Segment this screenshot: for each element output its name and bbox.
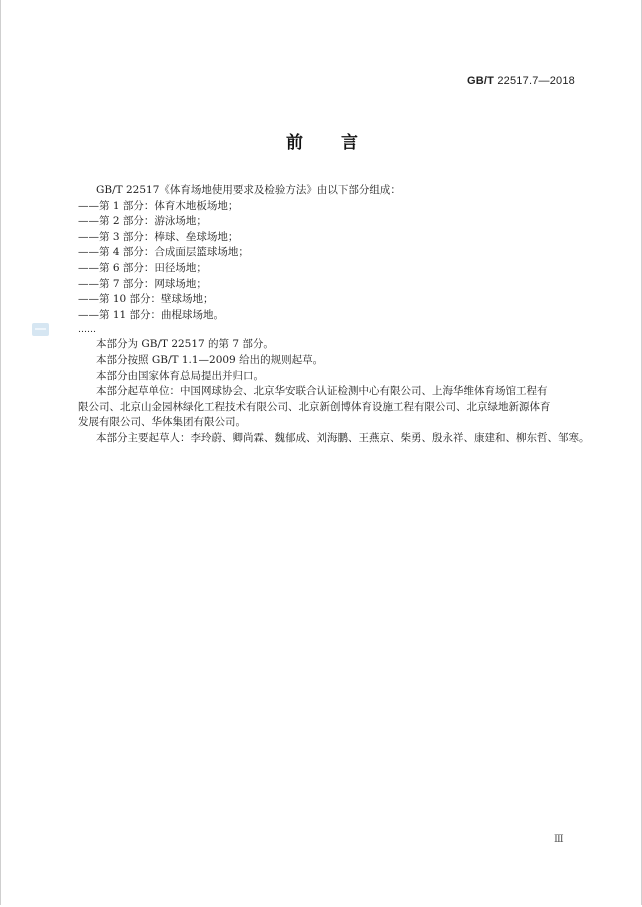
part-item: ——第 6 部分：田径场地； (78, 261, 586, 277)
page-title: 前言 (1, 128, 642, 153)
part-item: ——第 3 部分：棒球、垒球场地； (78, 230, 586, 246)
standard-number: 22517.7—2018 (497, 75, 575, 87)
drafting-units-line-2: 限公司、北京山金园林绿化工程技术有限公司、北京新创博体育设施工程有限公司、北京绿… (78, 400, 586, 416)
ellipsis: …… (78, 324, 586, 337)
drafting-units-line-1: 本部分起草单位：中国网球协会、北京华安联合认证检测中心有限公司、上海华维体育场馆… (96, 384, 586, 400)
paragraph-part-number: 本部分为 GB/T 22517 的第 7 部分。 (96, 337, 586, 353)
foreword-body: GB/T 22517《体育场地使用要求及检验方法》由以下部分组成： ——第 1 … (96, 183, 586, 447)
paragraph-drafting-rules: 本部分按照 GB/T 1.1—2009 给出的规则起草。 (96, 353, 586, 369)
part-item: ——第 4 部分：合成面层篮球场地； (78, 245, 586, 261)
page-number: Ⅲ (554, 834, 564, 845)
intro-line: GB/T 22517《体育场地使用要求及检验方法》由以下部分组成： (96, 183, 586, 199)
drafting-units-line-3: 发展有限公司、华体集团有限公司。 (78, 415, 586, 431)
bookmark-tab-icon (32, 323, 49, 336)
standard-code: GB/T 22517.7—2018 (467, 75, 575, 87)
part-item: ——第 7 部分：网球场地； (78, 277, 586, 293)
standard-prefix: GB/T (467, 75, 494, 87)
document-page: GB/T 22517.7—2018 前言 GB/T 22517《体育场地使用要求… (0, 0, 642, 905)
part-item: ——第 2 部分：游泳场地； (78, 214, 586, 230)
title-char-1: 前 (286, 133, 303, 153)
title-char-2: 言 (341, 133, 358, 153)
part-item: ——第 10 部分：壁球场地； (78, 292, 586, 308)
part-item: ——第 11 部分：曲棍球场地。 (78, 308, 586, 324)
drafters-line: 本部分主要起草人：李玲蔚、卿尚霖、魏郁成、刘海鹏、王燕京、柴勇、殷永祥、康建和、… (96, 431, 586, 447)
paragraph-proposer: 本部分由国家体育总局提出并归口。 (96, 369, 586, 385)
part-item: ——第 1 部分：体育木地板场地； (78, 199, 586, 215)
